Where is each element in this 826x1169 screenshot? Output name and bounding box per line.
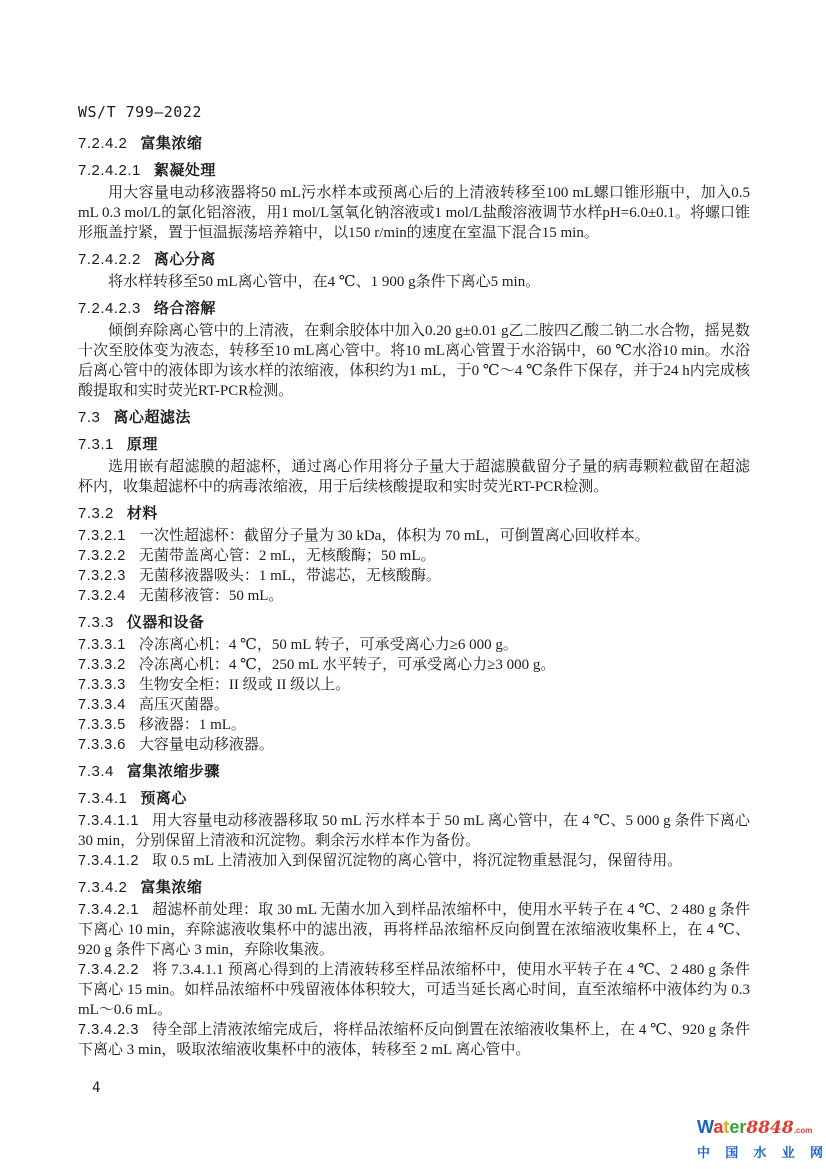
item-text: 无菌移液器吸头：1 mL，带滤芯，无核酸酶。 xyxy=(139,568,441,584)
item-number: 7.3.4.2.2 xyxy=(78,962,139,978)
numbered-item: 7.3.4.2.2将 7.3.4.1.1 预离心得到的上清液转移至样品浓缩杯中，… xyxy=(78,960,750,1020)
numbered-item: 7.3.3.3生物安全柜：II 级或 II 级以上。 xyxy=(78,675,750,695)
logo-letter-a: a xyxy=(713,1117,723,1137)
body-paragraph: 用大容量电动移液器将50 mL污水样本或预离心后的上清液转移至100 mL螺口锥… xyxy=(78,183,750,243)
body-paragraph: 将水样转移至50 mL离心管中，在4 ℃、1 900 g条件下离心5 min。 xyxy=(78,272,750,292)
item-number: 7.3.2.3 xyxy=(78,568,126,584)
standard-number-header: WS/T 799—2022 xyxy=(78,103,750,121)
clause-title: 仪器和设备 xyxy=(127,614,205,631)
logo-letter-e: e xyxy=(729,1117,739,1137)
clause-title: 絮凝处理 xyxy=(154,162,216,179)
item-text: 一次性超滤杯：截留分子量为 30 kDa，体积为 70 mL，可倒置离心回收样本… xyxy=(139,528,650,544)
item-number: 7.3.2.4 xyxy=(78,588,126,604)
logo-number: 8848 xyxy=(746,1118,793,1138)
item-number: 7.3.2.2 xyxy=(78,548,126,564)
clause-heading: 7.2.4.2.3络合溶解 xyxy=(78,299,750,319)
clause-title: 原理 xyxy=(127,436,158,453)
clause-title: 络合溶解 xyxy=(154,300,216,317)
item-number: 7.3.4.2.3 xyxy=(78,1022,139,1038)
clause-title: 材料 xyxy=(127,505,158,522)
numbered-item: 7.3.4.2.3待全部上清液浓缩完成后，将样品浓缩杯反向倒置在浓缩液收集杯上，… xyxy=(78,1020,750,1060)
clause-number: 7.2.4.2.2 xyxy=(78,251,141,268)
clause-heading: 7.3.3仪器和设备 xyxy=(78,613,750,633)
item-text: 冷冻离心机：4 ℃，250 mL 水平转子，可承受离心力≥3 000 g。 xyxy=(139,657,556,673)
clause-number: 7.2.4.2 xyxy=(78,135,127,152)
clause-number: 7.3.3 xyxy=(78,614,114,631)
page-number: 4 xyxy=(92,1080,100,1096)
clause-heading: 7.3.4.2富集浓缩 xyxy=(78,878,750,898)
clause-title: 富集浓缩 xyxy=(140,879,202,896)
clause-heading: 7.3.4.1预离心 xyxy=(78,789,750,809)
item-text: 将 7.3.4.1.1 预离心得到的上清液转移至样品浓缩杯中，使用水平转子在 4… xyxy=(78,962,750,1018)
clause-number: 7.3.2 xyxy=(78,505,114,522)
numbered-item: 7.3.3.6大容量电动移液器。 xyxy=(78,735,750,755)
clause-number: 7.2.4.2.3 xyxy=(78,300,141,317)
clause-number: 7.2.4.2.1 xyxy=(78,162,141,179)
logo-letter-w: W xyxy=(697,1117,713,1137)
clause-number: 7.3.4 xyxy=(78,763,114,780)
clause-heading: 7.2.4.2富集浓缩 xyxy=(78,134,750,154)
clause-heading: 7.2.4.2.2离心分离 xyxy=(78,250,750,270)
item-number: 7.3.3.3 xyxy=(78,677,126,693)
logo-tld: .com xyxy=(794,1126,813,1135)
numbered-item: 7.3.4.1.1用大容量电动移液器移取 50 mL 污水样本于 50 mL 离… xyxy=(78,811,750,851)
item-number: 7.3.2.1 xyxy=(78,528,126,544)
item-number: 7.3.3.5 xyxy=(78,717,126,733)
logo-subtitle: 中国水业网 xyxy=(697,1142,823,1161)
clause-title: 预离心 xyxy=(140,790,187,807)
numbered-item: 7.3.2.1一次性超滤杯：截留分子量为 30 kDa，体积为 70 mL，可倒… xyxy=(78,526,750,546)
item-text: 无菌带盖离心管：2 mL，无核酸酶；50 mL。 xyxy=(139,548,436,564)
clause-title: 离心超滤法 xyxy=(113,409,191,426)
clause-number: 7.3.1 xyxy=(78,436,114,453)
item-text: 超滤杯前处理：取 30 mL 无菌水加入到样品浓缩杯中，使用水平转子在 4 ℃、… xyxy=(78,902,750,958)
clause-number: 7.3.4.1 xyxy=(78,790,127,807)
item-text: 生物安全柜：II 级或 II 级以上。 xyxy=(139,677,350,693)
numbered-item: 7.3.3.5移液器：1 mL。 xyxy=(78,715,750,735)
water8848-logo[interactable]: Water8848.com 中国水业网 xyxy=(697,1118,823,1161)
numbered-item: 7.3.2.4无菌移液管：50 mL。 xyxy=(78,586,750,606)
item-text: 取 0.5 mL 上清液加入到保留沉淀物的离心管中，将沉淀物重悬混匀，保留待用。 xyxy=(152,853,682,869)
numbered-item: 7.3.3.4高压灭菌器。 xyxy=(78,695,750,715)
item-text: 待全部上清液浓缩完成后，将样品浓缩杯反向倒置在浓缩液收集杯上，在 4 ℃、920… xyxy=(78,1022,750,1058)
item-text: 用大容量电动移液器移取 50 mL 污水样本于 50 mL 离心管中，在 4 ℃… xyxy=(78,813,750,849)
clause-title: 富集浓缩 xyxy=(140,135,202,152)
item-text: 冷冻离心机：4 ℃，50 mL 转子，可承受离心力≥6 000 g。 xyxy=(139,637,518,653)
clause-heading: 7.2.4.2.1絮凝处理 xyxy=(78,161,750,181)
body-paragraph: 倾倒弃除离心管中的上清液，在剩余胶体中加入0.20 g±0.01 g乙二胺四乙酸… xyxy=(78,321,750,401)
document-page: WS/T 799—2022 7.2.4.2富集浓缩 7.2.4.2.1絮凝处理 … xyxy=(78,103,750,1060)
clause-heading: 7.3.2材料 xyxy=(78,504,750,524)
item-number: 7.3.3.1 xyxy=(78,637,126,653)
item-number: 7.3.4.2.1 xyxy=(78,902,139,918)
clause-number: 7.3.4.2 xyxy=(78,879,127,896)
water8848-wordmark: Water8848.com xyxy=(697,1118,823,1140)
item-text: 移液器：1 mL。 xyxy=(139,717,246,733)
numbered-item: 7.3.4.1.2取 0.5 mL 上清液加入到保留沉淀物的离心管中，将沉淀物重… xyxy=(78,851,750,871)
clause-title: 富集浓缩步骤 xyxy=(127,763,220,780)
clause-heading: 7.3离心超滤法 xyxy=(78,408,750,428)
item-number: 7.3.4.1.1 xyxy=(78,813,139,829)
numbered-item: 7.3.3.1冷冻离心机：4 ℃，50 mL 转子，可承受离心力≥6 000 g… xyxy=(78,635,750,655)
clause-heading: 7.3.4富集浓缩步骤 xyxy=(78,762,750,782)
numbered-item: 7.3.2.3无菌移液器吸头：1 mL，带滤芯，无核酸酶。 xyxy=(78,566,750,586)
clause-number: 7.3 xyxy=(78,409,100,426)
item-number: 7.3.4.1.2 xyxy=(78,853,139,869)
item-text: 高压灭菌器。 xyxy=(139,697,229,713)
item-number: 7.3.3.4 xyxy=(78,697,126,713)
item-text: 大容量电动移液器。 xyxy=(139,737,274,753)
item-text: 无菌移液管：50 mL。 xyxy=(139,588,284,604)
numbered-item: 7.3.3.2冷冻离心机：4 ℃，250 mL 水平转子，可承受离心力≥3 00… xyxy=(78,655,750,675)
clause-title: 离心分离 xyxy=(154,251,216,268)
clause-heading: 7.3.1原理 xyxy=(78,435,750,455)
numbered-item: 7.3.2.2无菌带盖离心管：2 mL，无核酸酶；50 mL。 xyxy=(78,546,750,566)
numbered-item: 7.3.4.2.1超滤杯前处理：取 30 mL 无菌水加入到样品浓缩杯中，使用水… xyxy=(78,900,750,960)
body-paragraph: 选用嵌有超滤膜的超滤杯，通过离心作用将分子量大于超滤膜截留分子量的病毒颗粒截留在… xyxy=(78,457,750,497)
item-number: 7.3.3.6 xyxy=(78,737,126,753)
item-number: 7.3.3.2 xyxy=(78,657,126,673)
